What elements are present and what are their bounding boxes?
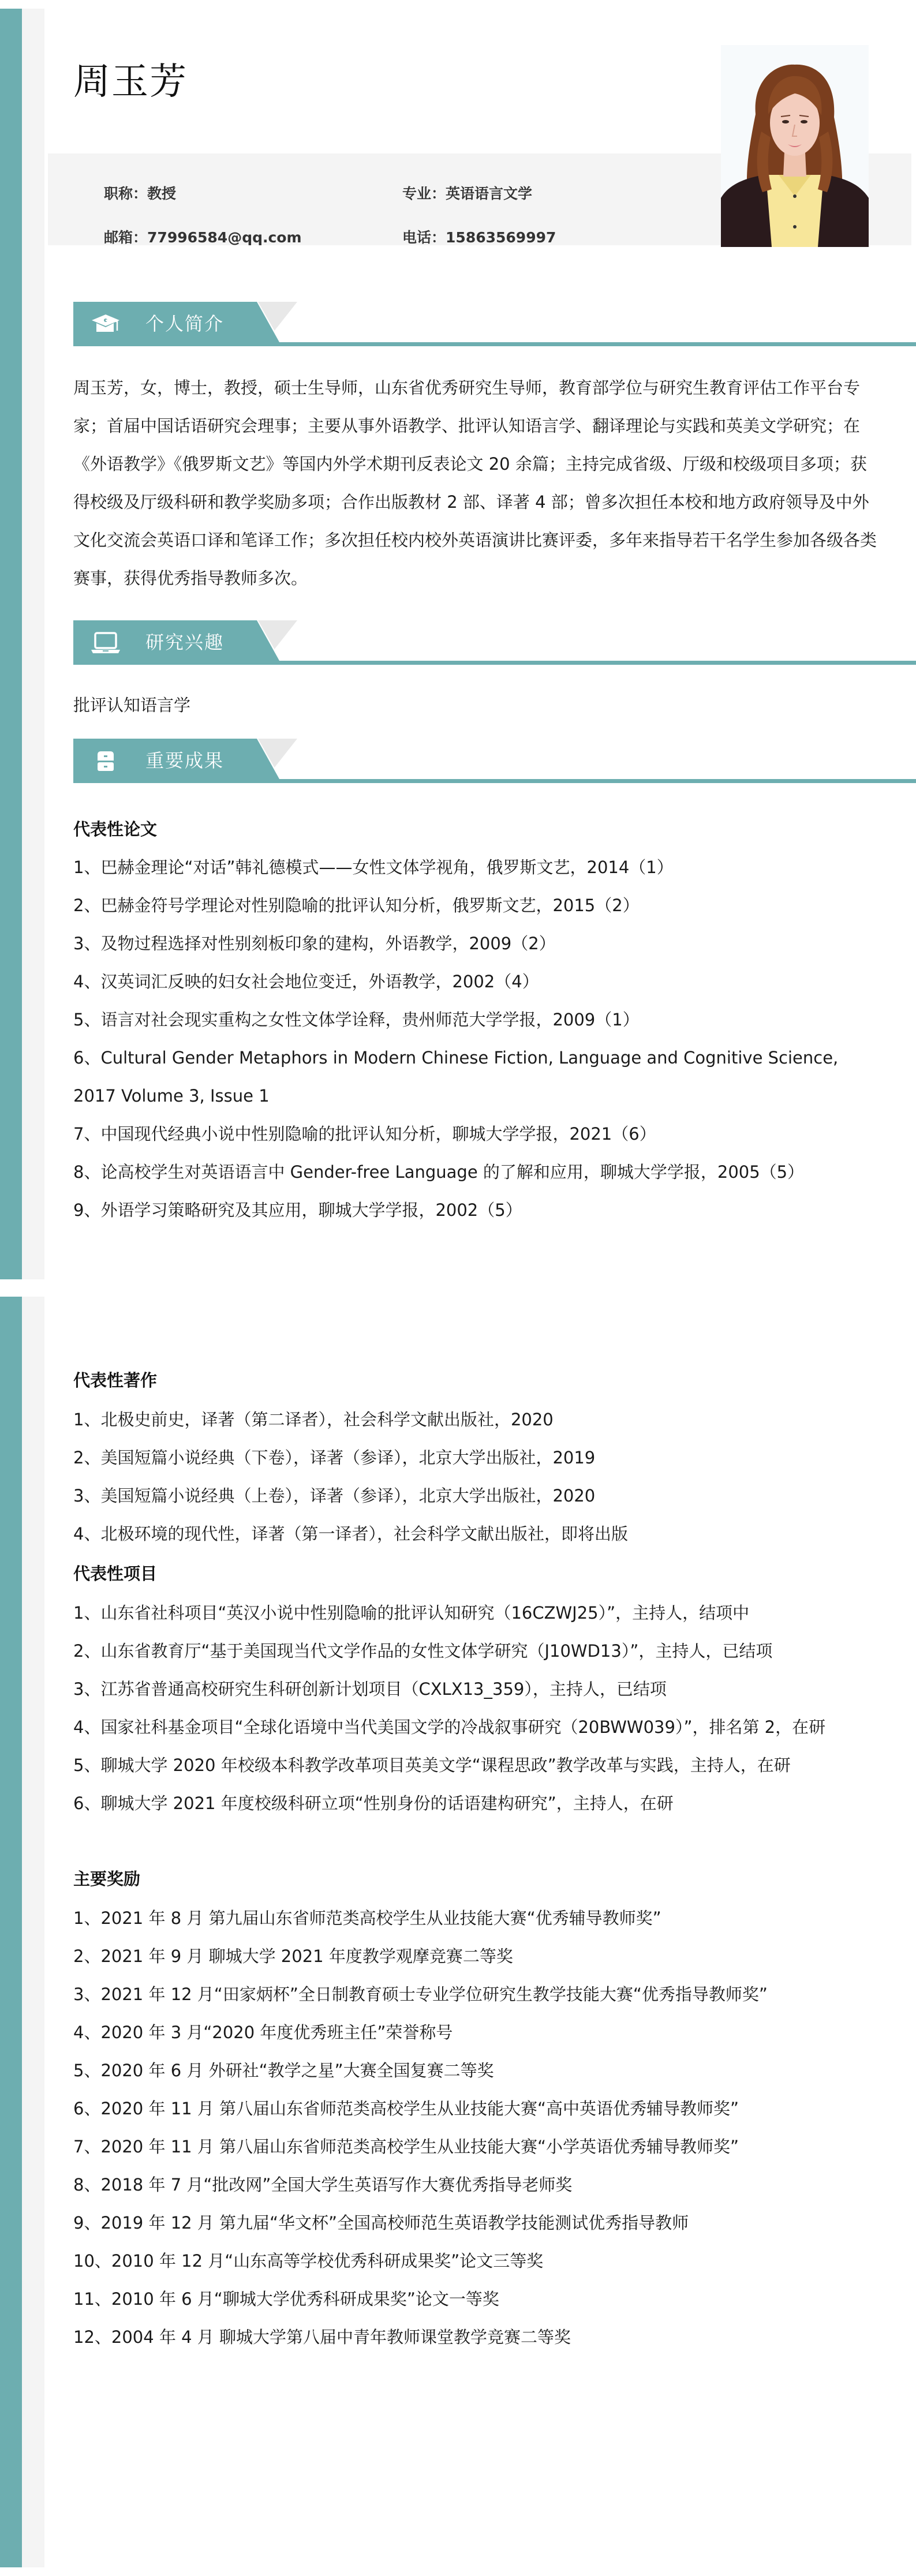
project-item: 1、山东省社科项目“英汉小说中性别隐喻的批评认知研究（16CZWJ25）”，主持…: [73, 1594, 881, 1632]
graduation-cap-icon: [89, 312, 122, 336]
section-header-underline: [279, 342, 916, 346]
info-label: 邮箱: [104, 229, 147, 246]
info-value: 英语语言文学: [446, 185, 532, 202]
project-item: 5、聊城大学 2020 年校级本科教学改革项目英美文学“课程思政”教学改革与实践…: [73, 1746, 881, 1784]
section-title: 个人简介: [145, 312, 224, 335]
award-item: 3、2021 年 12 月“田家炳杯”全日制教育硕士专业学位研究生教学技能大赛“…: [73, 1975, 881, 2013]
info-label: 专业: [402, 185, 446, 202]
profile-photo: [721, 45, 869, 247]
work-item: 1、北极史前史，译著（第二译者），社会科学文献出版社，2020: [73, 1401, 881, 1439]
work-item: 2、美国短篇小说经典（下卷），译著（参译），北京大学出版社，2019: [73, 1439, 881, 1477]
resume-page-1: 周玉芳 职称教授 专业英语语言文学 邮箱77996584@qq.com 电话15…: [0, 9, 916, 1279]
award-item: 2、2021 年 9 月 聊城大学 2021 年度教学观摩竞赛二等奖: [73, 1937, 881, 1975]
laptop-icon: [89, 631, 122, 655]
paper-item: 8、论高校学生对英语语言中 Gender-free Language 的了解和应…: [73, 1153, 881, 1191]
section-header-underline: [279, 661, 916, 665]
work-item: 4、北极环境的现代性，译著（第一译者），社会科学文献出版社，即将出版: [73, 1515, 881, 1553]
paper-item: 7、中国现代经典小说中性别隐喻的批评认知分析，聊城大学学报，2021（6）: [73, 1115, 881, 1153]
paper-item: 3、及物过程选择对性别刻板印象的建构，外语教学，2009（2）: [73, 924, 881, 963]
works-subtitle: 代表性著作: [73, 1368, 157, 1391]
award-item: 6、2020 年 11 月 第八届山东省师范类高校学生从业技能大赛“高中英语优秀…: [73, 2090, 881, 2128]
paper-item: 6、Cultural Gender Metaphors in Modern Ch…: [73, 1039, 881, 1115]
left-accent-bar: [0, 9, 22, 1279]
section-header-intro: 个人简介: [73, 302, 916, 346]
award-item: 9、2019 年 12 月 第九届“华文杯”全国高校师范生英语教学技能测试优秀指…: [73, 2204, 881, 2242]
projects-subtitle: 代表性项目: [73, 1561, 157, 1585]
section-title: 研究兴趣: [145, 631, 224, 654]
papers-subtitle: 代表性论文: [73, 817, 157, 840]
awards-subtitle: 主要奖励: [73, 1866, 140, 1890]
work-item: 3、美国短篇小说经典（上卷），译著（参译），北京大学出版社，2020: [73, 1477, 881, 1515]
award-item: 4、2020 年 3 月“2020 年度优秀班主任”荣誉称号: [73, 2013, 881, 2051]
project-item: 3、江苏省普通高校研究生科研创新计划项目（CXLX13_359），主持人，已结项: [73, 1670, 881, 1708]
person-name: 周玉芳: [73, 63, 188, 100]
resume-page-2: 代表性著作 1、北极史前史，译著（第二译者），社会科学文献出版社，2020 2、…: [0, 1297, 916, 2567]
award-item: 8、2018 年 7 月“批改网”全国大学生英语写作大赛优秀指导老师奖: [73, 2166, 881, 2204]
works-list: 1、北极史前史，译著（第二译者），社会科学文献出版社，2020 2、美国短篇小说…: [73, 1401, 881, 1553]
info-value: 15863569997: [446, 229, 556, 246]
info-phone: 电话15863569997: [402, 226, 556, 247]
award-item: 5、2020 年 6 月 外研社“教学之星”大赛全国复赛二等奖: [73, 2051, 881, 2090]
section-header-underline: [279, 779, 916, 783]
info-value: 教授: [147, 185, 176, 202]
left-gray-strip: [22, 9, 44, 1279]
info-value: 77996584@qq.com: [147, 229, 302, 246]
paper-item: 4、汉英词汇反映的妇女社会地位变迁，外语教学，2002（4）: [73, 963, 881, 1001]
award-item: 12、2004 年 4 月 聊城大学第八届中青年教师课堂教学竞赛二等奖: [73, 2318, 881, 2356]
left-accent-bar: [0, 1297, 22, 2567]
paper-item: 9、外语学习策略研究及其应用，聊城大学学报，2002（5）: [73, 1191, 881, 1229]
info-label: 电话: [402, 229, 446, 246]
info-major: 专业英语语言文学: [402, 182, 532, 203]
info-email: 邮箱77996584@qq.com: [104, 226, 302, 247]
info-title: 职称教授: [104, 182, 176, 203]
project-item: 2、山东省教育厅“基于美国现当代文学作品的女性文体学研究（J10WD13）”，主…: [73, 1632, 881, 1670]
award-item: 1、2021 年 8 月 第九届山东省师范类高校学生从业技能大赛“优秀辅导教师奖…: [73, 1899, 881, 1937]
award-item: 11、2010 年 6 月“聊城大学优秀科研成果奖”论文一等奖: [73, 2280, 881, 2318]
research-interest-text: 批评认知语言学: [73, 686, 881, 724]
projects-list: 1、山东省社科项目“英汉小说中性别隐喻的批评认知研究（16CZWJ25）”，主持…: [73, 1594, 881, 1822]
paper-item: 1、巴赫金理论“对话”韩礼德模式——女性文体学视角，俄罗斯文艺，2014（1）: [73, 848, 881, 886]
info-label: 职称: [104, 185, 147, 202]
papers-list: 1、巴赫金理论“对话”韩礼德模式——女性文体学视角，俄罗斯文艺，2014（1） …: [73, 848, 881, 1229]
award-item: 7、2020 年 11 月 第八届山东省师范类高校学生从业技能大赛“小学英语优秀…: [73, 2128, 881, 2166]
section-header-achievements: 重要成果: [73, 739, 916, 783]
section-header-research: 研究兴趣: [73, 620, 916, 665]
portrait-image: [721, 45, 869, 247]
award-item: 10、2010 年 12 月“山东高等学校优秀科研成果奖”论文三等奖: [73, 2242, 881, 2280]
archive-drawer-icon: [89, 749, 122, 773]
intro-paragraph: 周玉芳，女，博士，教授，硕士生导师，山东省优秀研究生导师，教育部学位与研究生教育…: [73, 369, 881, 597]
paper-item: 5、语言对社会现实重构之女性文体学诠释，贵州师范大学学报，2009（1）: [73, 1001, 881, 1039]
section-title: 重要成果: [145, 749, 224, 772]
left-gray-strip: [22, 1297, 44, 2567]
paper-item: 2、巴赫金符号学理论对性别隐喻的批评认知分析，俄罗斯文艺，2015（2）: [73, 886, 881, 924]
awards-list: 1、2021 年 8 月 第九届山东省师范类高校学生从业技能大赛“优秀辅导教师奖…: [73, 1899, 881, 2356]
project-item: 4、国家社科基金项目“全球化语境中当代美国文学的冷战叙事研究（20BWW039）…: [73, 1708, 881, 1746]
project-item: 6、聊城大学 2021 年度校级科研立项“性别身份的话语建构研究”，主持人，在研: [73, 1784, 881, 1822]
